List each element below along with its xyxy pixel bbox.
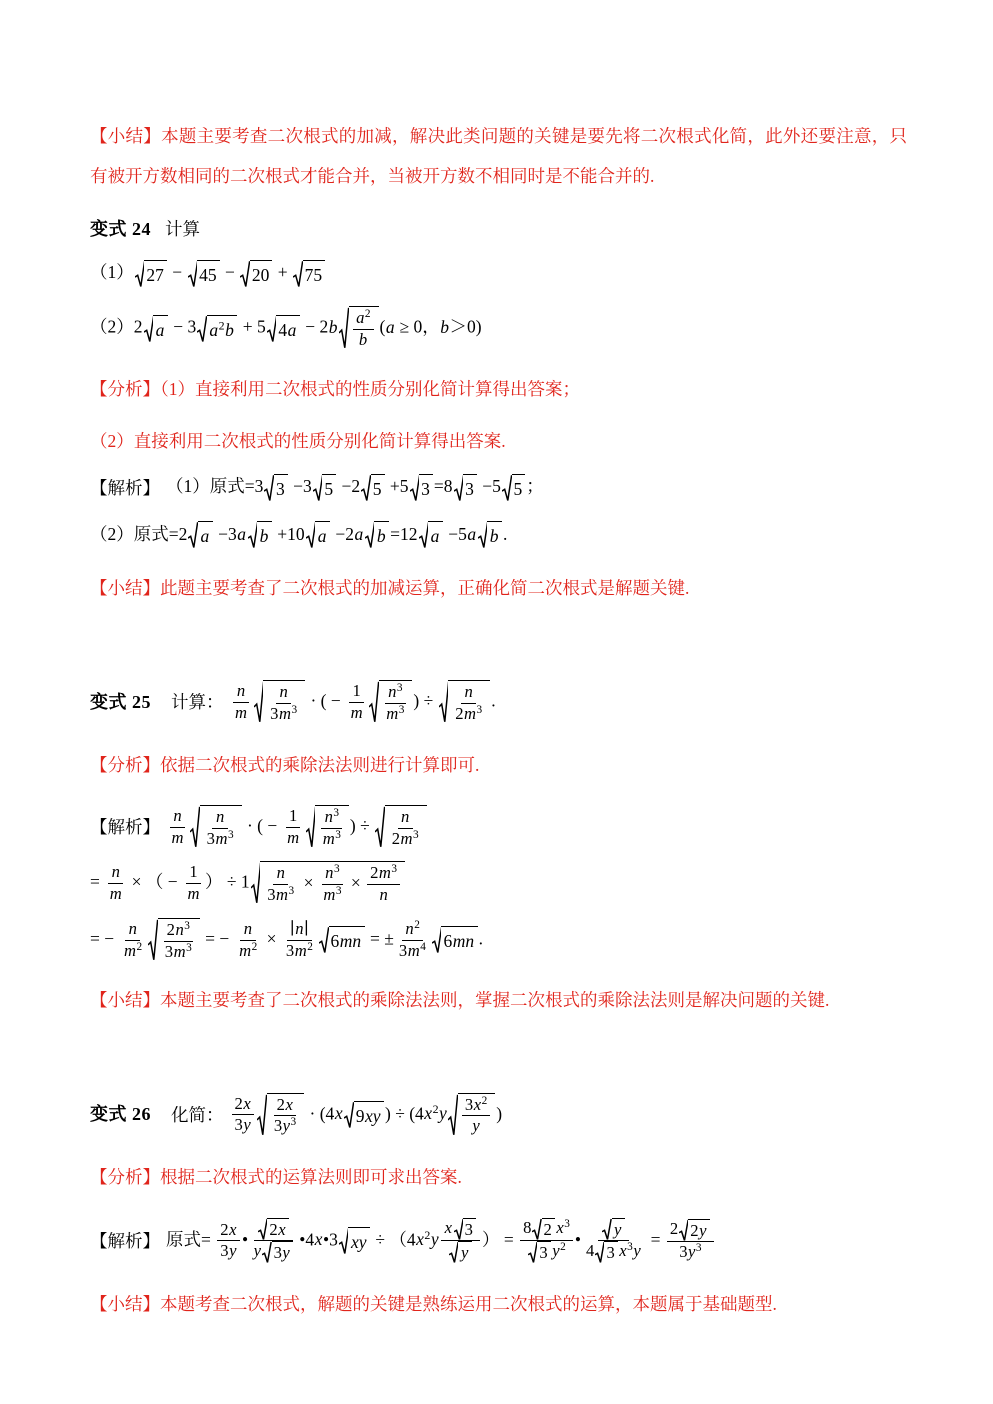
v25-step-2: = − nm22n33m3 = − nm2 × ∣n∣3m26mn = ±n23… <box>90 918 907 963</box>
fraction-numerator: n <box>170 806 185 828</box>
math-variable: b <box>440 317 450 337</box>
fraction-numerator: n <box>233 681 248 703</box>
v24-summary: 【小结】此题主要考查了二次根式的加减运算，正确化简二次根式是解题关键. <box>90 568 907 608</box>
fraction: 3x2y <box>462 1095 490 1138</box>
radicand: a2b <box>207 315 237 343</box>
square-root: n3m3 <box>306 805 349 850</box>
radicand: 3 <box>274 474 288 502</box>
superscript: 3 <box>564 1218 570 1230</box>
square-root: a <box>144 315 168 343</box>
radical-sign-icon <box>528 1241 537 1264</box>
fraction-denominator: y3y <box>250 1241 297 1264</box>
radical-sign-icon <box>144 315 154 343</box>
fraction: ∣n∣3m2 <box>283 919 316 962</box>
square-root: 3 <box>454 1218 476 1241</box>
fraction-denominator: m <box>232 703 251 724</box>
radicand: 2 <box>542 1218 555 1241</box>
radicand: 3 <box>419 474 433 502</box>
radicand: 3y <box>272 1241 294 1264</box>
superscript: 3 <box>413 828 419 840</box>
fraction-denominator: m3 <box>383 704 408 725</box>
math-variable: x <box>619 1241 627 1260</box>
square-root: n3m3 <box>369 680 412 725</box>
radical-sign-icon <box>248 521 258 549</box>
math-variable: y <box>614 1220 622 1239</box>
v26-title: 变式 26 <box>90 1101 151 1128</box>
fraction: a2b <box>353 308 374 351</box>
superscript: 2 <box>482 1094 488 1106</box>
square-root: 3 <box>454 474 477 502</box>
radicand: 3 <box>463 1218 476 1241</box>
square-root: b <box>478 521 502 549</box>
superscript: 3 <box>291 1116 297 1128</box>
math-variable: b <box>358 330 367 349</box>
fraction-numerator: n <box>398 807 413 829</box>
square-root: a <box>306 521 330 549</box>
math-variable: m <box>350 703 363 722</box>
radical-sign-icon <box>339 306 349 351</box>
math-variable: n <box>325 863 334 882</box>
fraction-numerator: 2m3 <box>367 863 400 885</box>
superscript: 2 <box>252 940 258 952</box>
fraction: 22y3y3 <box>667 1219 714 1264</box>
radicand: 3x2y <box>458 1093 495 1138</box>
radical-sign-icon <box>532 1218 541 1241</box>
square-root: n3m3 × n3m3 × 2m3n <box>251 861 405 906</box>
math-variable: n <box>379 885 388 904</box>
fraction-numerator: n3 <box>385 682 406 704</box>
v24-solution-1: 【解析】（1）原式=33 −35 −25 +53=83 −55； <box>90 473 907 502</box>
radicand: 3 <box>604 1241 617 1264</box>
radical-sign-icon <box>262 1241 271 1264</box>
math-variable: a <box>467 524 477 544</box>
fraction: n3m3 <box>264 863 297 906</box>
radicand: 6mn <box>329 926 365 954</box>
square-root: n3m3 <box>254 680 306 725</box>
radicand: 3 <box>463 474 477 502</box>
fraction-denominator: 3m3 <box>264 885 297 906</box>
math-variable: xy <box>350 1232 367 1252</box>
math-variable: m <box>400 829 413 848</box>
radicand: b <box>374 521 389 549</box>
fraction: nm <box>168 806 187 849</box>
math-variable: n <box>401 807 410 826</box>
math-variable: a <box>200 526 210 546</box>
square-root: a2b <box>197 315 237 343</box>
superscript: 4 <box>420 940 426 952</box>
v24-task: 计算 <box>165 219 200 239</box>
fraction-denominator: 3y3 <box>271 1116 299 1137</box>
v25-solution: 【解析】nmn3m3 · ( − 1mn3m3) ÷ n2m3 <box>90 805 907 850</box>
radicand: 2x <box>267 1218 289 1241</box>
square-root: 9xy <box>344 1101 384 1129</box>
radical-sign-icon <box>375 805 385 850</box>
square-root: 3 <box>410 474 433 502</box>
v25-title: 变式 25 <box>90 689 151 716</box>
formula: （2）原式=2a −3ab +10a −2ab=12a −5ab. <box>90 521 507 550</box>
fraction-numerator: 2n3 <box>164 920 193 942</box>
superscript: 3 <box>228 828 234 840</box>
math-variable: m <box>173 942 186 961</box>
math-variable: x <box>334 1103 343 1123</box>
math-variable: x <box>556 1218 564 1237</box>
radicand: 20 <box>250 260 273 288</box>
fraction-denominator: 43x3y <box>583 1241 644 1264</box>
math-variable: a <box>354 524 364 544</box>
math-variable: n <box>295 919 304 938</box>
fraction-numerator: n3 <box>322 863 343 885</box>
summary-text: 本题主要考查了二次根式的乘除法法则，掌握二次根式的乘除法法则是解决问题的关键. <box>160 990 829 1010</box>
formula: nmn3m3 · ( − 1mn3m3) ÷ n2m3. <box>230 680 496 725</box>
fraction-numerator: n <box>273 863 288 885</box>
square-root: a <box>419 521 443 549</box>
radical-sign-icon <box>679 1219 688 1242</box>
square-root: 5 <box>361 474 384 502</box>
fraction-numerator: n <box>212 807 227 829</box>
solution-label: 【解析】 <box>90 814 160 840</box>
fraction-numerator: 3x2 <box>462 1095 490 1117</box>
math-variable: m <box>187 884 200 903</box>
fraction: nm2 <box>236 919 261 962</box>
analysis-label: 【分析】 <box>90 1167 160 1187</box>
fraction: 2x3y <box>217 1220 240 1263</box>
radical-sign-icon <box>264 474 274 502</box>
superscript: 2 <box>307 940 313 952</box>
fraction-numerator: n <box>276 682 291 704</box>
fraction: n2m3 <box>389 807 422 850</box>
fraction-numerator: 1 <box>349 681 363 703</box>
radicand: xy <box>348 1227 370 1255</box>
formula: （1）27 − 45 − 20 + 75 <box>90 259 326 288</box>
fraction-denominator: b <box>355 330 370 351</box>
math-variable: n <box>243 919 252 938</box>
radical-sign-icon <box>454 1218 463 1241</box>
formula: = − nm22n33m3 = − nm2 × ∣n∣3m26mn = ±n23… <box>90 918 483 963</box>
radical-sign-icon <box>365 521 375 549</box>
square-root: 5 <box>502 474 525 502</box>
analysis-text: 依据二次根式的乘除法法则进行计算即可. <box>160 755 479 775</box>
radical-sign-icon <box>439 680 449 725</box>
superscript: 3 <box>333 807 339 819</box>
math-variable: y <box>688 1242 696 1261</box>
analysis-label: 【分析】 <box>90 755 160 775</box>
square-root: 27 <box>135 260 167 288</box>
fraction: 1m <box>284 806 303 849</box>
square-root: b <box>365 521 389 549</box>
fraction-denominator: m2 <box>236 941 261 962</box>
fraction: n3m3 <box>383 682 408 725</box>
fraction-denominator: m <box>184 884 203 905</box>
radicand: 27 <box>144 260 167 288</box>
math-variable: y <box>472 1116 480 1135</box>
math-variable: y <box>430 1229 439 1249</box>
fraction-denominator: m <box>106 884 125 905</box>
radicand: n3m3 <box>315 805 349 850</box>
fraction-denominator: m3 <box>320 885 345 906</box>
fraction-denominator: y <box>469 1116 483 1137</box>
superscript: 3 <box>397 682 403 694</box>
radical-sign-icon <box>267 315 277 343</box>
superscript: 2 <box>560 1241 566 1253</box>
square-root: 3x2y <box>448 1093 495 1138</box>
math-variable: a <box>155 320 165 340</box>
square-root: 3y <box>262 1241 293 1264</box>
fraction-numerator: 82x3 <box>520 1218 573 1242</box>
math-variable: n <box>388 682 397 701</box>
fraction-denominator: n <box>376 885 391 906</box>
math-variable: b <box>225 320 235 340</box>
radicand: y <box>612 1218 625 1241</box>
square-root: y <box>449 1241 472 1264</box>
math-variable: n <box>324 807 333 826</box>
math-variable: n <box>276 863 285 882</box>
square-root: 3 <box>264 474 287 502</box>
math-variable: y <box>699 1221 707 1240</box>
v26-summary: 【小结】本题考查二次根式，解题的关键是熟练运用二次根式的运算，本题属于基础题型. <box>90 1284 907 1324</box>
radical-sign-icon <box>595 1241 604 1264</box>
radical-sign-icon <box>190 805 200 850</box>
math-variable: m <box>464 704 477 723</box>
math-variable: y <box>633 1241 641 1260</box>
fraction-numerator: 22y <box>667 1219 714 1243</box>
radicand: 5 <box>322 474 336 502</box>
superscript: 3 <box>696 1242 702 1254</box>
fraction-denominator: m2 <box>121 941 146 962</box>
fraction: 2x3y3 <box>271 1095 299 1138</box>
radical-sign-icon <box>197 315 207 343</box>
math-variable: m <box>407 941 420 960</box>
fraction-numerator: a2 <box>353 308 374 330</box>
formula: = nm × （ − 1m） ÷ 1n3m3 × n3m3 × 2m3n <box>90 861 406 906</box>
summary-label: 【小结】 <box>90 990 160 1010</box>
square-root: 20 <box>240 260 272 288</box>
math-variable: n <box>173 806 182 825</box>
fraction: 2xy3y <box>250 1218 297 1265</box>
radical-sign-icon <box>188 260 198 288</box>
math-variable: xy <box>364 1106 381 1126</box>
superscript: 3 <box>184 920 190 932</box>
math-variable: y <box>552 1241 560 1260</box>
math-variable: y <box>253 1241 261 1260</box>
radical-sign-icon <box>293 260 303 288</box>
analysis-label: 【分析】 <box>90 379 160 399</box>
math-variable: x <box>444 1218 452 1237</box>
fraction: 2n33m3 <box>162 920 195 963</box>
math-variable: m <box>235 703 248 722</box>
square-root: 6mn <box>432 926 478 954</box>
fraction-numerator: 2x <box>274 1095 297 1117</box>
math-variable: m <box>124 941 137 960</box>
radicand: a <box>198 521 213 549</box>
radicand: a <box>315 521 330 549</box>
fraction: 2m3n <box>367 863 400 906</box>
fraction-denominator: 3y <box>217 1241 240 1262</box>
radical-sign-icon <box>188 521 198 549</box>
analysis-text: （2）直接利用二次根式的性质分别化简计算得出答案. <box>90 431 506 451</box>
math-variable: n <box>111 862 120 881</box>
math-variable: m <box>323 885 336 904</box>
summary-label: 【小结】 <box>90 1294 160 1314</box>
math-variable: m <box>378 863 391 882</box>
fraction: n3m3 <box>204 807 237 850</box>
radicand: a <box>428 521 443 549</box>
fraction-denominator: m <box>168 828 187 849</box>
fraction: n3m3 <box>320 863 345 906</box>
superscript: 3 <box>336 885 342 897</box>
fraction-numerator: x3 <box>441 1218 480 1242</box>
math-variable: y <box>282 1243 290 1262</box>
radicand: b <box>257 521 272 549</box>
fraction-numerator: 1 <box>186 862 200 884</box>
summary-text: 本题考查二次根式，解题的关键是熟练运用二次根式的运算，本题属于基础题型. <box>160 1294 777 1314</box>
math-variable: m <box>322 829 335 848</box>
summary-text: 本题主要考查二次根式的加减，解决此类问题的关键是要先将二次根式化简，此外还要注意… <box>90 126 907 186</box>
fraction-denominator: 3y3 <box>676 1242 704 1263</box>
radicand: n2m3 <box>385 805 427 850</box>
fraction-numerator: 1 <box>286 806 300 828</box>
summary-text: 此题主要考查了二次根式的加减运算，正确化简二次根式是解题关键. <box>160 578 689 598</box>
square-root: 4a <box>267 315 300 343</box>
fraction: 1m <box>347 681 366 724</box>
fraction-numerator: n <box>125 919 140 941</box>
square-root: 3 <box>528 1241 550 1264</box>
v26-header: 变式 26化简：2x3y2x3y3 · (4x9xy) ÷ (4x2y3x2y) <box>90 1093 907 1138</box>
fraction: n23m4 <box>396 919 429 962</box>
summary-label: 【小结】 <box>90 578 160 598</box>
radical-sign-icon <box>135 260 145 288</box>
fraction: n3m3 <box>319 807 344 850</box>
fraction-denominator: 2m3 <box>452 704 485 725</box>
analysis-text: 根据二次根式的运算法则即可求出答案. <box>160 1167 462 1187</box>
math-variable: x <box>229 1220 237 1239</box>
radicand: b <box>487 521 502 549</box>
math-variable: a <box>237 524 247 544</box>
radicand: a2b <box>349 306 379 351</box>
square-root: n3m3 <box>190 805 242 850</box>
radical-sign-icon <box>251 861 261 906</box>
math-variable: n <box>175 920 184 939</box>
radical-sign-icon <box>449 1241 458 1264</box>
fraction-denominator: 3m2 <box>283 941 316 962</box>
radical-sign-icon <box>448 1093 458 1138</box>
math-variable: m <box>287 828 300 847</box>
radical-sign-icon <box>344 1101 354 1129</box>
square-root: xy <box>339 1227 370 1255</box>
radicand: n3m3 <box>263 680 305 725</box>
fraction-denominator: m <box>347 703 366 724</box>
superscript: 2 <box>219 318 225 332</box>
math-variable: b <box>489 526 499 546</box>
radicand: 6mn <box>441 926 477 954</box>
v25-step-1: = nm × （ − 1m） ÷ 1n3m3 × n3m3 × 2m3n <box>90 861 907 906</box>
math-variable: mn <box>452 931 474 951</box>
document-page: 【小结】本题主要考查二次根式的加减，解决此类问题的关键是要先将二次根式化简，此外… <box>0 0 993 1404</box>
formula: 2x3y2x3y3 · (4x9xy) ÷ (4x2y3x2y) <box>230 1093 503 1138</box>
math-variable: n <box>236 681 245 700</box>
formula: （2）2a − 3a2b + 54a − 2ba2b(a ≥ 0，b＞0) <box>90 306 482 351</box>
radical-sign-icon <box>319 926 329 954</box>
fraction: nm <box>106 862 125 905</box>
v24-title: 变式 24 <box>90 219 151 239</box>
math-variable: m <box>171 828 184 847</box>
v24-item-2: （2）2a − 3a2b + 54a − 2ba2b(a ≥ 0，b＞0) <box>90 306 907 351</box>
analysis-text: （1）直接利用二次根式的性质分别化简计算得出答案； <box>160 379 580 399</box>
radicand: n3m3 × n3m3 × 2m3n <box>260 861 405 906</box>
math-variable: mn <box>339 931 361 951</box>
math-variable: m <box>276 885 289 904</box>
fraction: n2m3 <box>452 682 485 725</box>
v26-analysis: 【分析】根据二次根式的运算法则即可求出答案. <box>90 1157 907 1197</box>
square-root: a2b <box>339 306 379 351</box>
math-variable: b <box>328 317 338 337</box>
fraction: 1m <box>184 862 203 905</box>
radicand: y <box>458 1241 471 1264</box>
radical-sign-icon <box>369 680 379 725</box>
radical-sign-icon <box>306 805 316 850</box>
radical-sign-icon <box>410 474 420 502</box>
radical-sign-icon <box>258 1218 267 1241</box>
fraction-numerator: 2x <box>232 1094 255 1116</box>
radical-sign-icon <box>419 521 429 549</box>
fraction-numerator: n2 <box>402 919 423 941</box>
formula: nmn3m3 · ( − 1mn3m3) ÷ n2m3 <box>166 805 428 850</box>
fraction-denominator: 3m4 <box>396 941 429 962</box>
fraction-denominator: 2m3 <box>389 829 422 850</box>
radicand: 4a <box>276 315 300 343</box>
solution-label: 【解析】 <box>90 1228 160 1254</box>
math-variable: x <box>243 1094 251 1113</box>
math-variable: m <box>278 704 291 723</box>
square-root: 2n33m3 <box>148 918 200 963</box>
formula: 原式= 2x3y•2xy3y•4x•3xy ÷ （4x2yx3y） = 82x3… <box>166 1218 716 1265</box>
math-variable: m <box>239 941 252 960</box>
radical-sign-icon <box>339 1227 349 1255</box>
square-root: 2x3y3 <box>257 1093 304 1138</box>
radical-sign-icon <box>254 680 264 725</box>
radical-sign-icon <box>361 474 371 502</box>
radicand: n3m3 <box>379 680 413 725</box>
math-variable: y <box>229 1241 237 1260</box>
v25-header: 变式 25计算：nmn3m3 · ( − 1mn3m3) ÷ n2m3. <box>90 680 907 725</box>
math-variable: m <box>386 704 399 723</box>
square-root: n2m3 <box>439 680 491 725</box>
radical-sign-icon <box>257 1093 267 1138</box>
superscript: 3 <box>627 1241 633 1253</box>
fraction-numerator: ∣n∣ <box>287 919 312 941</box>
math-variable: n <box>279 682 288 701</box>
radicand: 45 <box>197 260 220 288</box>
radical-sign-icon <box>502 474 512 502</box>
radical-sign-icon <box>454 474 464 502</box>
v25-task: 计算： <box>171 689 224 715</box>
superscript: 3 <box>335 828 341 840</box>
math-variable: y <box>460 1243 468 1262</box>
fraction-numerator: y <box>598 1218 629 1242</box>
formula: （1）原式=33 −35 −25 +53=83 −55； <box>166 473 544 502</box>
superscript: 3 <box>391 863 397 875</box>
superscript: 3 <box>477 704 483 716</box>
solution-label: 【解析】 <box>90 475 160 501</box>
superscript: 2 <box>433 1101 439 1115</box>
math-variable: x <box>473 1095 481 1114</box>
square-root: y <box>602 1218 625 1241</box>
v26-solution: 【解析】原式= 2x3y•2xy3y•4x•3xy ÷ （4x2yx3y） = … <box>90 1218 907 1265</box>
superscript: 3 <box>289 885 295 897</box>
fraction: nm <box>232 681 251 724</box>
fraction-denominator: 3m3 <box>267 704 300 725</box>
math-variable: x <box>285 1095 293 1114</box>
radical-sign-icon <box>478 521 488 549</box>
